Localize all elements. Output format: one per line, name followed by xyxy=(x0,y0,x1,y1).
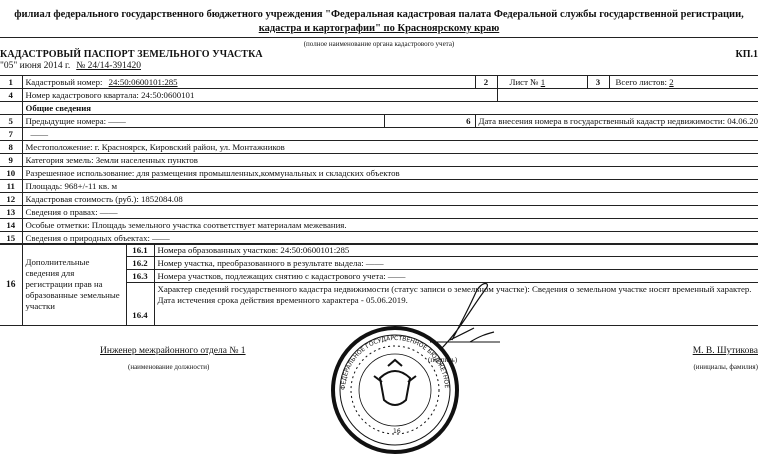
sub-row-number: 16.4 xyxy=(126,283,154,326)
row-number: 12 xyxy=(0,193,22,206)
row-number: 1 xyxy=(0,76,22,89)
row-number: 2 xyxy=(475,76,497,89)
row-number: 4 xyxy=(0,89,22,102)
row-number: 16 xyxy=(0,244,22,326)
signer-position: Инженер межрайонного отдела № 1 xyxy=(100,346,246,356)
row-number: 13 xyxy=(0,206,22,219)
table-row-5: 5 Предыдущие номера: —— 6 Дата внесения … xyxy=(0,115,758,128)
previous-numbers: Предыдущие номера: —— xyxy=(22,115,384,128)
handwritten-signature-icon xyxy=(430,280,520,360)
total-sheets-cell: Всего листов: 2 xyxy=(609,76,758,89)
table-row-1: 1 Кадастровый номер: 24:50:0600101:285 2… xyxy=(0,76,758,89)
empty-cell xyxy=(497,89,758,102)
area: Площадь: 968+/-11 кв. м xyxy=(22,180,758,193)
table-row-16-1: 16 Дополнительные сведения для регистрац… xyxy=(0,244,758,257)
sub-row-number: 16.2 xyxy=(126,257,154,270)
cadastral-number-label: Кадастровый номер: xyxy=(26,77,103,87)
row-number: 9 xyxy=(0,154,22,167)
section-general: Общие сведения xyxy=(0,102,758,115)
table-row-14: 14 Особые отметки: Площадь земельного уч… xyxy=(0,219,758,232)
section-16-label: Дополнительные сведения для регистрации … xyxy=(22,244,126,326)
org-name-line2-text: кадастра и картографии" по Красноярскому… xyxy=(259,23,500,34)
land-category: Категория земель: Земли населенных пункт… xyxy=(22,154,758,167)
location: Местоположение: г. Красноярск, Кировский… xyxy=(22,141,758,154)
section-title: Общие сведения xyxy=(22,102,758,115)
org-name-line1: филиал федерального государственного бюд… xyxy=(0,9,758,20)
special-notes: Особые отметки: Площадь земельного участ… xyxy=(22,219,758,232)
svg-text:16: 16 xyxy=(393,428,401,435)
sub-row-number: 16.3 xyxy=(126,270,154,283)
row-number: 10 xyxy=(0,167,22,180)
table-row-11: 11 Площадь: 968+/-11 кв. м xyxy=(0,180,758,193)
org-underline xyxy=(0,37,758,38)
table-row-10: 10 Разрешенное использование: для размещ… xyxy=(0,167,758,180)
row-number: 8 xyxy=(0,141,22,154)
total-sheets-value: 2 xyxy=(669,77,673,87)
row-number: 14 xyxy=(0,219,22,232)
document-number: № 24/14-391420 xyxy=(76,61,141,71)
cadastral-number-cell: Кадастровый номер: 24:50:0600101:285 xyxy=(22,76,475,89)
row-number: 11 xyxy=(0,180,22,193)
table-row-8: 8 Местоположение: г. Красноярск, Кировск… xyxy=(0,141,758,154)
empty-number-cell xyxy=(0,102,22,115)
registration-date: Дата внесения номера в государственный к… xyxy=(475,115,758,128)
org-caption: (полное наименование органа кадастрового… xyxy=(0,40,758,48)
signer-position-caption: (наименование должности) xyxy=(128,363,209,371)
formed-parcels: Номера образованных участков: 24:50:0600… xyxy=(154,244,758,257)
document-date: "05" июня 2014 г. xyxy=(0,61,70,71)
sub-row-number: 16.1 xyxy=(126,244,154,257)
document-title: КАДАСТРОВЫЙ ПАСПОРТ ЗЕМЕЛЬНОГО УЧАСТКА xyxy=(0,49,263,60)
signer-name: М. В. Шутикова xyxy=(693,346,758,356)
form-code: КП.1 xyxy=(735,49,758,60)
row-number: 6 xyxy=(384,115,475,128)
table-row-12: 12 Кадастровая стоимость (руб.): 1852084… xyxy=(0,193,758,206)
table-row-7: 7 —— xyxy=(0,128,758,141)
cadastral-number-value: 24:50:0600101:285 xyxy=(109,77,178,87)
signer-name-caption: (инициалы, фамилия) xyxy=(693,363,758,371)
table-row-9: 9 Категория земель: Земли населенных пун… xyxy=(0,154,758,167)
row-number: 7 xyxy=(0,128,22,141)
total-sheets-label: Всего листов: xyxy=(616,77,668,87)
org-name-line2: кадастра и картографии" по Красноярскому… xyxy=(0,23,758,34)
row-number: 5 xyxy=(0,115,22,128)
sheet-number-value: 1 xyxy=(541,77,545,87)
cadastral-value: Кадастровая стоимость (руб.): 1852084.08 xyxy=(22,193,758,206)
passport-main-table: 1 Кадастровый номер: 24:50:0600101:285 2… xyxy=(0,75,758,245)
table-row-13: 13 Сведения о правах: —— xyxy=(0,206,758,219)
row-7-value: —— xyxy=(22,128,758,141)
sheet-number-label: Лист № xyxy=(510,77,539,87)
signature-caption: (подпись) xyxy=(428,356,457,364)
section-16-table: 16 Дополнительные сведения для регистрац… xyxy=(0,243,758,326)
transformed-parcel: Номер участка, преобразованного в резуль… xyxy=(154,257,758,270)
row-number: 3 xyxy=(587,76,609,89)
sheet-number-cell: Лист № 1 xyxy=(497,76,587,89)
quarter-number: Номер кадастрового квартала: 24:50:06001… xyxy=(22,89,497,102)
permitted-use: Разрешенное использование: для размещени… xyxy=(22,167,758,180)
document-date-line: "05" июня 2014 г.№ 24/14-391420 xyxy=(0,61,141,71)
table-row-4: 4 Номер кадастрового квартала: 24:50:060… xyxy=(0,89,758,102)
rights-info: Сведения о правах: —— xyxy=(22,206,758,219)
